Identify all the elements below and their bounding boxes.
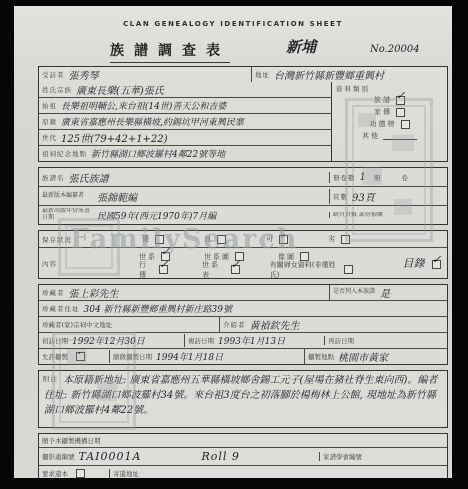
first-visit-value: 1992年12月30日	[72, 334, 145, 347]
preservation-option-excellent: 優	[142, 234, 164, 244]
film-number-value: TAI0001A	[79, 450, 142, 463]
row-origin: 原籍 廣東省嘉應州長樂縣橫坡,約錫坑甲河東興民寨	[39, 113, 331, 129]
cell-genealogy-name: 族譜名 張氏族譜	[39, 170, 329, 185]
material-type-label: 資料類別	[336, 84, 443, 93]
introducer-label: 介紹者	[223, 320, 246, 329]
roll-number-value: Roll 9	[201, 450, 239, 463]
row-hall-introducer: 珍藏者(家)宗祠中文地址 介紹者 黃禎欽先生	[39, 316, 447, 332]
row-clan: 姓氏宗族 廣東長樂(五華)張氏	[39, 82, 331, 97]
cell-missing-pages: 缺頁頁數 部份損壞	[329, 212, 447, 219]
identity-left-column: 姓氏宗族 廣東長樂(五華)張氏 始祖 長樂祖明輔公,來台祖(14世)善天公和吉婆…	[39, 82, 331, 161]
scanned-photo-frame: CLAN GENEALOGY IDENTIFICATION SHEET 族譜調查…	[0, 0, 468, 489]
option-label: 行傳	[139, 260, 155, 280]
compiler-value: 張錦範編	[97, 189, 137, 204]
option-label: 劣	[328, 234, 337, 244]
row-memorial: 祖祠紀念地點 新竹縣湖口鄉波羅村4鄰22號等地	[39, 145, 331, 161]
row-film-number: 攝影處編號 TAI0001A Roll 9 家譜學會編號	[39, 447, 447, 465]
return-request-checkbox	[76, 469, 85, 478]
section-owner: 珍藏者 張上彩先生 是否列入本族譜 是 珍藏者住址 304 新竹縣新豐鄉重興村新…	[38, 284, 448, 365]
notes-text: 本原籍新地址: 廣東省嘉應州五華縣橫坡鄉舍錫工元子(屋場在豬社脊生東向西)。編者…	[39, 371, 447, 422]
material-option-merit: 功德榜	[336, 119, 443, 129]
pages-value: 93頁	[352, 189, 375, 204]
film-place-value: 桃園市黃家	[338, 349, 388, 364]
donated-label: 贈予本攝製機構日期	[42, 436, 101, 445]
document-title-chinese: 族譜調查表	[110, 40, 230, 63]
film-date-value: 1994年1月18日	[156, 350, 223, 363]
catalog-checkbox: ✓	[432, 260, 441, 269]
poor-checkbox	[341, 235, 350, 244]
row-genealogy-name: 族譜名 張氏族譜 冊卷數 1 冊 卷	[39, 168, 447, 186]
row-interviewee: 受訪者 張秀琴 地址 台灣新竹縣新豐鄉重興村	[39, 67, 447, 82]
cell-generations: 世代 125世(79+42+1+22)	[39, 130, 331, 145]
preservation-option-poor: 劣	[328, 234, 350, 244]
material-option-other: 其他	[336, 131, 443, 141]
title-row: 族譜調查表 新埔 No.20004	[14, 34, 452, 66]
clan-label: 姓氏宗族	[42, 85, 72, 94]
published-value: 民國59年(西元1970年)7月編	[97, 209, 216, 222]
ancestor-value: 長樂祖明輔公,來台祖(14世)善天公和吉婆	[61, 99, 226, 112]
identity-columns: 姓氏宗族 廣東長樂(五華)張氏 始祖 長樂祖明輔公,來台祖(14世)善天公和吉婆…	[39, 82, 447, 161]
fair-checkbox: ✓	[279, 235, 288, 244]
biography-checkbox	[396, 108, 405, 117]
preservation-option-good: 良	[204, 234, 226, 244]
cell-return-request: 要求還本	[39, 469, 109, 478]
cell-volume-count: 冊卷數 1 冊 卷	[329, 172, 447, 183]
document-paper: CLAN GENEALOGY IDENTIFICATION SHEET 族譜調查…	[14, 6, 452, 478]
biographies-checkbox: ✓	[159, 265, 168, 274]
film-date-label: 縮微攝製日期	[113, 352, 152, 361]
portraits-checkbox	[300, 252, 309, 261]
cell-contents-label: 內容	[39, 259, 139, 268]
ancestor-label: 始祖	[42, 101, 57, 110]
row-filming: 允許攝製 ✓ 縮微攝製日期 1994年1月18日 攝製地點 桃園市黃家	[39, 348, 447, 364]
film-place-label: 攝製地點	[308, 352, 334, 361]
contents-line-2: 行傳 ✓ 世系表 ✓ 有關婦女資料(非僅姓氏)	[139, 263, 367, 276]
notes-label: 附注	[39, 371, 58, 383]
cell-film-date: 縮微攝製日期 1994年1月18日	[109, 350, 304, 363]
document-title-english: CLAN GENEALOGY IDENTIFICATION SHEET	[14, 20, 452, 28]
cell-second-visit: 複訪日期 1993年1月13日	[184, 334, 324, 347]
cell-preservation-options: 優 良 可 ✓ 劣	[139, 234, 447, 244]
row-visit-dates: 初訪日期 1992年12月30日 複訪日期 1993年1月13日 再訪日期	[39, 332, 447, 348]
cell-memorial: 祖祠紀念地點 新竹縣湖口鄉波羅村4鄰22號等地	[39, 147, 331, 160]
content-option-women-data: 有關婦女資料(非僅姓氏)	[270, 260, 353, 280]
third-visit-label: 再訪日期	[328, 336, 354, 345]
cell-listed: 是否列入本族譜 是	[329, 285, 447, 300]
material-option-label: 家傳	[374, 107, 392, 117]
missing-pages-label: 缺頁頁數 部份損壞	[333, 212, 385, 219]
material-option-genealogy: 族譜 ✓	[336, 95, 443, 105]
cell-owner-address: 珍藏者住址 304 新竹縣新豐鄉重興村新庄路39號	[39, 302, 447, 315]
cell-compiler: 最新版本編纂者 張錦範編	[39, 189, 329, 204]
second-visit-value: 1993年1月13日	[218, 334, 285, 347]
handwritten-place-note: 新埔	[286, 36, 316, 57]
introducer-value: 黃禎欽先生	[250, 317, 300, 332]
section-condition: 保存狀況 優 良 可 ✓ 劣	[38, 230, 448, 279]
row-ancestor: 始祖 長樂祖明輔公,來台祖(14世)善天公和吉婆	[39, 97, 331, 113]
cell-published: 最新出版年份成書日期 民國59年(西元1970年)7月編	[39, 208, 329, 221]
cell-origin: 原籍 廣東省嘉應州長樂縣橫坡,約錫坑甲河東興民寨	[39, 115, 331, 128]
option-label: 可	[266, 234, 275, 244]
origin-value: 廣東省嘉應州長樂縣橫坡,約錫坑甲河東興民寨	[61, 115, 244, 128]
catalog-entry: 目錄 ✓	[367, 255, 447, 271]
row-compiler: 最新版本編纂者 張錦範編 頁數 93頁	[39, 186, 447, 205]
clan-value: 廣東長樂(五華)張氏	[76, 82, 164, 97]
cell-introducer: 介紹者 黃禎欽先生	[219, 317, 447, 332]
cell-third-visit: 再訪日期	[324, 336, 447, 345]
other-blank-line	[383, 132, 417, 140]
generations-label: 世代	[42, 133, 57, 142]
interviewee-label: 受訪者	[42, 70, 65, 79]
cell-interviewee: 受訪者 張秀琴	[39, 67, 251, 82]
content-option-lineage-table: 世系表 ✓	[202, 260, 240, 280]
second-visit-label: 複訪日期	[188, 336, 214, 345]
address-value: 台灣新竹縣新豐鄉重興村	[274, 67, 384, 82]
listed-label: 是否列入本族譜	[333, 289, 377, 296]
cell-owner-name: 珍藏者 張上彩先生	[39, 285, 329, 300]
memorial-label: 祖祠紀念地點	[42, 149, 87, 158]
return-request-label: 要求還本	[42, 469, 68, 478]
owner-address-value: 304 新竹縣新豐鄉重興村新庄路39號	[84, 302, 233, 315]
volume-count-label: 冊卷數	[333, 173, 356, 182]
section-footer: 贈予本攝製機構日期 攝影處編號 TAI0001A Roll 9 家譜學會編號 要…	[38, 433, 448, 478]
row-return: 要求還本 寄還地址	[39, 465, 447, 478]
contents-options: 世系 ✓ 世系圖 像圖	[139, 250, 447, 276]
catalog-label: 目錄	[403, 257, 425, 270]
women-data-checkbox	[344, 265, 353, 274]
owner-value: 張上彩先生	[69, 285, 119, 300]
address-label: 地址	[255, 70, 270, 79]
genealogy-name-label: 族譜名	[42, 173, 65, 182]
material-type-box: 資料類別 族譜 ✓ 家傳 功德榜 其他	[331, 82, 447, 161]
owner-label: 珍藏者	[42, 288, 65, 297]
section-notes: 附注 本原籍新地址: 廣東省嘉應州五華縣橫坡鄉舍錫工元子(屋場在豬社脊生東向西)…	[38, 370, 448, 428]
row-donated: 贈予本攝製機構日期	[39, 434, 447, 447]
material-option-label: 族譜	[374, 95, 392, 105]
genealogy-name-value: 張氏族譜	[69, 170, 109, 185]
society-number-label: 家譜學會編號	[323, 452, 362, 461]
row-generations: 世代 125世(79+42+1+22)	[39, 129, 331, 145]
cell-society-number: 家譜學會編號	[319, 452, 447, 461]
cell-donated: 贈予本攝製機構日期	[39, 436, 447, 445]
option-label: 良	[204, 234, 213, 244]
material-option-label: 其他	[362, 131, 380, 141]
contents-label: 內容	[42, 259, 57, 268]
volume-unit-ce: 冊	[374, 173, 382, 182]
permit-checkbox: ✓	[76, 352, 85, 361]
good-checkbox	[217, 235, 226, 244]
return-address-label: 寄還地址	[113, 469, 139, 478]
generations-value: 125世(79+42+1+22)	[61, 130, 168, 145]
option-label: 優	[142, 234, 151, 244]
cell-ancestor: 始祖 長樂祖明輔公,來台祖(14世)善天公和吉婆	[39, 99, 331, 112]
preservation-option-fair: 可 ✓	[266, 234, 288, 244]
cell-return-address: 寄還地址	[109, 469, 447, 478]
cell-film-place: 攝製地點 桃園市黃家	[304, 349, 447, 364]
first-visit-label: 初訪日期	[42, 336, 68, 345]
preservation-label: 保存狀況	[42, 235, 72, 244]
pages-label: 頁數	[333, 192, 348, 201]
cell-clan: 姓氏宗族 廣東長樂(五華)張氏	[39, 82, 331, 97]
content-option-biographies: 行傳 ✓	[139, 260, 168, 280]
hall-address-label: 珍藏者(家)宗祠中文地址	[42, 320, 112, 329]
material-option-biography: 家傳	[336, 107, 443, 117]
section-identity: 受訪者 張秀琴 地址 台灣新竹縣新豐鄉重興村 姓氏宗族 廣東長樂(五華)張氏	[38, 66, 448, 162]
cell-film-number: 攝影處編號 TAI0001A Roll 9	[39, 450, 319, 463]
cell-address: 地址 台灣新竹縣新豐鄉重興村	[251, 67, 447, 82]
memorial-value: 新竹縣湖口鄉波羅村4鄰22號等地	[91, 147, 225, 160]
row-owner-address: 珍藏者住址 304 新竹縣新豐鄉重興村新庄路39號	[39, 300, 447, 316]
listed-value: 是	[380, 285, 390, 300]
cell-first-visit: 初訪日期 1992年12月30日	[39, 334, 184, 347]
cell-pages: 頁數 93頁	[329, 189, 447, 204]
published-label: 最新出版年份成書日期	[42, 208, 94, 221]
serial-number: No.20004	[370, 44, 420, 55]
row-contents: 內容 世系 ✓ 世系圖	[39, 247, 447, 278]
cell-preservation-label: 保存狀況	[39, 235, 139, 244]
option-label: 世系表	[202, 260, 227, 280]
compiler-label: 最新版本編纂者	[42, 193, 94, 200]
material-option-label: 功德榜	[370, 119, 397, 129]
genealogy-checkbox: ✓	[396, 96, 405, 105]
origin-label: 原籍	[42, 117, 57, 126]
lineage-table-checkbox: ✓	[231, 265, 240, 274]
volume-count-value: 1	[360, 172, 366, 183]
film-number-label: 攝影處編號	[42, 452, 75, 461]
row-preservation: 保存狀況 優 良 可 ✓ 劣	[39, 231, 447, 247]
option-label: 有關婦女資料(非僅姓氏)	[270, 260, 340, 280]
merit-checkbox	[401, 120, 410, 129]
owner-address-label: 珍藏者住址	[42, 304, 80, 313]
row-published: 最新出版年份成書日期 民國59年(西元1970年)7月編 缺頁頁數 部份損壞	[39, 205, 447, 224]
volume-unit-juan: 卷	[401, 173, 409, 182]
permit-label: 允許攝製	[42, 352, 68, 361]
contents-option-lines: 世系 ✓ 世系圖 像圖	[139, 250, 367, 276]
excellent-checkbox	[155, 235, 164, 244]
cell-hall-address: 珍藏者(家)宗祠中文地址	[39, 320, 219, 329]
interviewee-value: 張秀琴	[69, 67, 99, 82]
cell-permit: 允許攝製 ✓	[39, 352, 109, 361]
row-owner: 珍藏者 張上彩先生 是否列入本族譜 是	[39, 285, 447, 300]
section-volume: 族譜名 張氏族譜 冊卷數 1 冊 卷 最新版本編纂者 張錦範編 頁數 93頁	[38, 167, 448, 225]
